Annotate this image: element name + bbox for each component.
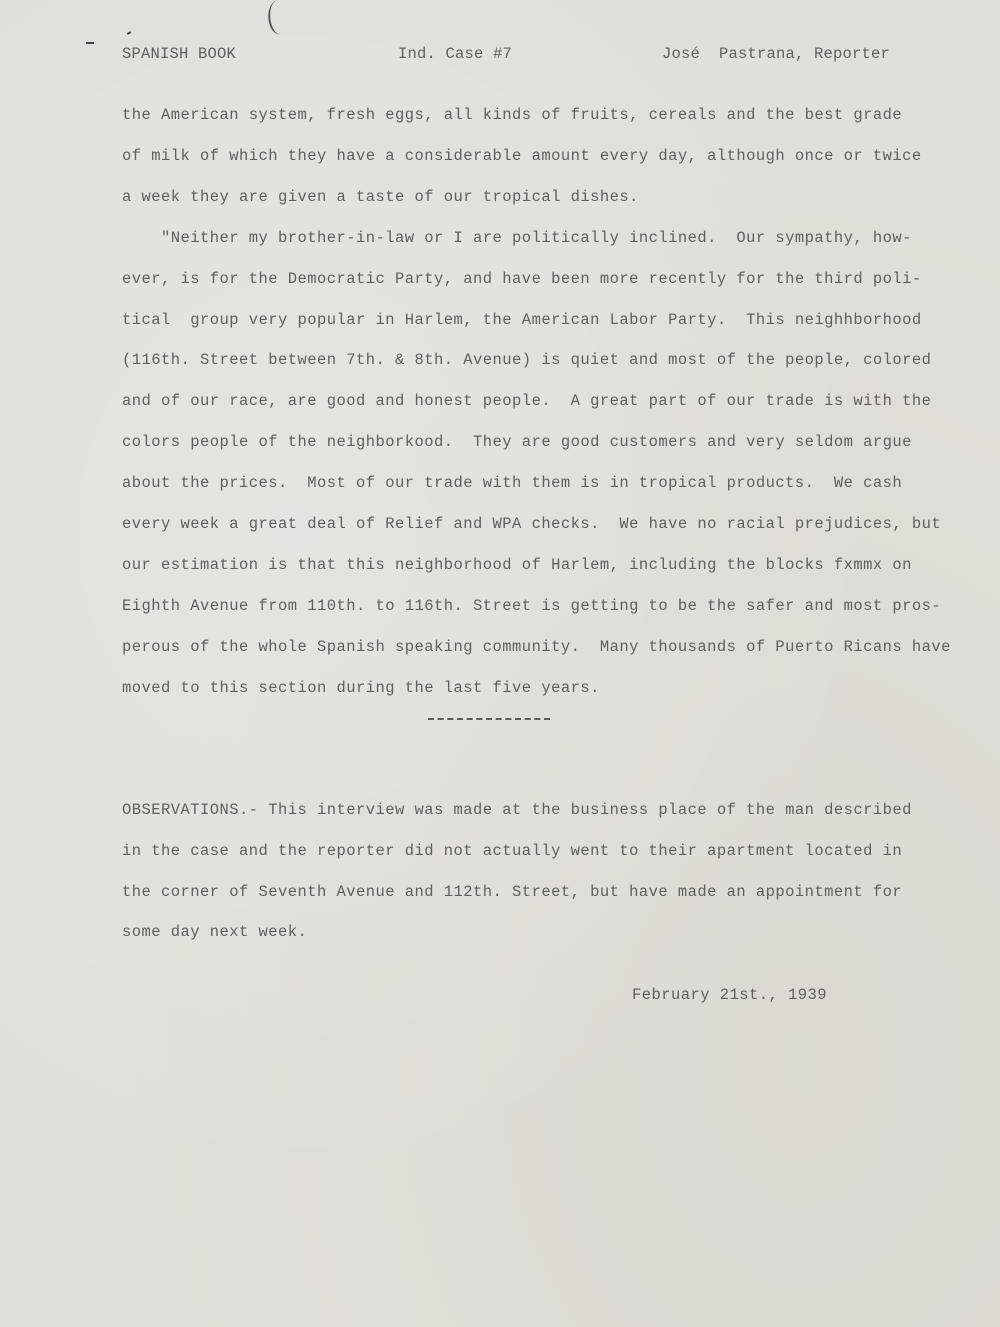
header-case-number: Ind. Case #7 <box>398 45 512 63</box>
text-line: our estimation is that this neighborhood… <box>122 555 912 575</box>
observations-line: in the case and the reporter did not act… <box>122 841 902 861</box>
text-line: about the prices. Most of our trade with… <box>122 473 902 493</box>
margin-mark <box>86 42 94 44</box>
section-divider <box>428 718 550 720</box>
header-reporter: José Pastrana, Reporter <box>662 45 890 63</box>
text-line: Eighth Avenue from 110th. to 116th. Stre… <box>122 596 941 616</box>
text-line: ever, is for the Democratic Party, and h… <box>122 269 922 289</box>
observations-line: some day next week. <box>122 922 307 942</box>
observations-line: the corner of Seventh Avenue and 112th. … <box>122 882 902 902</box>
text-line: colors people of the neighborkood. They … <box>122 432 912 452</box>
text-line: every week a great deal of Relief and WP… <box>122 514 941 534</box>
text-line: moved to this section during the last fi… <box>122 678 600 698</box>
document-date: February 21st., 1939 <box>632 985 827 1005</box>
text-line: a week they are given a taste of our tro… <box>122 187 639 207</box>
text-line: perous of the whole Spanish speaking com… <box>122 637 951 657</box>
header-collection: SPANISH BOOK <box>122 45 236 63</box>
text-line: and of our race, are good and honest peo… <box>122 391 931 411</box>
text-line: of milk of which they have a considerabl… <box>122 146 922 166</box>
pencil-mark <box>265 0 294 36</box>
text-line: tical group very popular in Harlem, the … <box>122 310 922 330</box>
typewritten-page: SPANISH BOOK Ind. Case #7 José Pastrana,… <box>0 0 1000 1327</box>
text-line: the American system, fresh eggs, all kin… <box>122 105 902 125</box>
text-line: (116th. Street between 7th. & 8th. Avenu… <box>122 350 931 370</box>
observations-line: OBSERVATIONS.- This interview was made a… <box>122 800 912 820</box>
text-line: "Neither my brother-in-law or I are poli… <box>122 228 912 248</box>
margin-tick <box>127 31 131 35</box>
